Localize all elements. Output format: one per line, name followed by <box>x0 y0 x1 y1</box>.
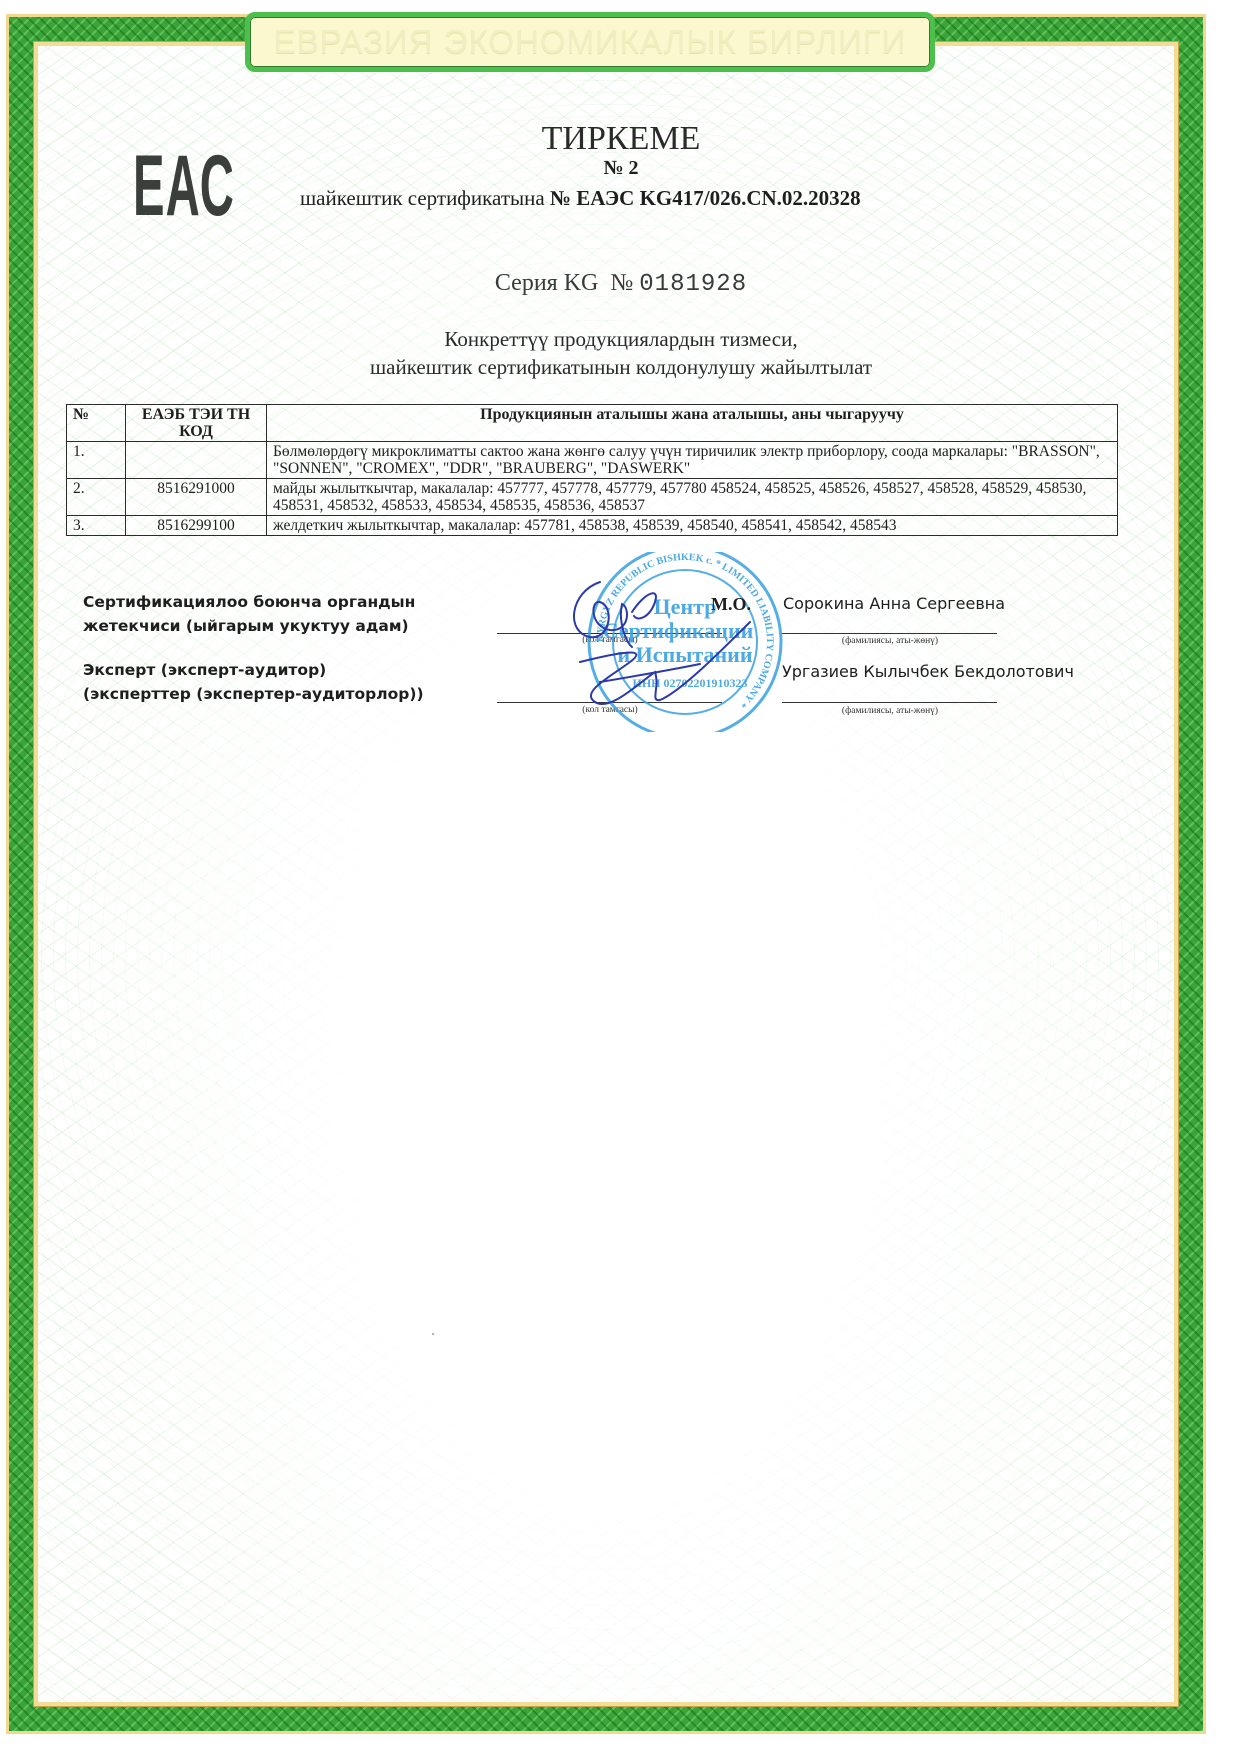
certificate-number: № ЕАЭС KG417/026.CN.02.20328 <box>550 186 861 210</box>
head-name-line <box>782 633 997 634</box>
row-code: 8516291000 <box>126 479 267 516</box>
head-label-line-2: жетекчиси (ыйгарым укуктуу адам) <box>83 614 415 638</box>
row-code <box>126 442 267 479</box>
row-name: майды жылыткычтар, макалалар: 457777, 45… <box>267 479 1118 516</box>
organization-stamp-icon: Центр Сертификации и Испытаний ИНН 02702… <box>560 552 810 732</box>
table-row: 3. 8516299100 желдеткич жылыткычтар, мак… <box>67 516 1118 536</box>
expert-label-line-2: (эксперттер (экспертер-аудиторлор)) <box>83 682 424 706</box>
table-row: 1. Бөлмөлөрдөгү микроклиматты сактоо жан… <box>67 442 1118 479</box>
row-name: Бөлмөлөрдөгү микроклиматты сактоо жана ж… <box>267 442 1118 479</box>
row-no: 3. <box>67 516 126 536</box>
header-code: ЕАЭБ ТЭИ ТН КОД <box>126 405 267 442</box>
header-banner: ЕВРАЗИЯ ЭКОНОМИКАЛЫК БИРЛИГИ <box>245 12 935 72</box>
head-of-body-label: Сертификациялоо боюнча органдын жетекчис… <box>83 590 415 638</box>
expert-name-caption: (фамилиясы, аты-жөнү) <box>810 706 970 716</box>
annex-number: № 2 <box>0 157 1242 180</box>
head-name: Сорокина Анна Сергеевна <box>783 594 1005 613</box>
subtitle-line-2: шайкештик сертификатынын колдонулушу жай… <box>0 353 1242 381</box>
header-name: Продукциянын аталышы жана аталышы, аны ч… <box>267 405 1118 442</box>
stamp-text-1: Центр <box>654 594 717 619</box>
head-name-caption: (фамилиясы, аты-жөнү) <box>810 636 970 646</box>
header-no: № <box>67 405 126 442</box>
head-label-line-1: Сертификациялоо боюнча органдын <box>83 590 415 614</box>
row-no: 2. <box>67 479 126 516</box>
series-line: Серия KG № 0181928 <box>0 270 1242 298</box>
speck <box>432 1333 434 1335</box>
table-header-row: № ЕАЭБ ТЭИ ТН КОД Продукциянын аталышы ж… <box>67 405 1118 442</box>
stamp-place-label: М.О. <box>711 594 751 615</box>
products-table: № ЕАЭБ ТЭИ ТН КОД Продукциянын аталышы ж… <box>66 404 1118 536</box>
row-code: 8516299100 <box>126 516 267 536</box>
certificate-prefix: шайкештик сертификатына <box>300 186 545 210</box>
banner-text: ЕВРАЗИЯ ЭКОНОМИКАЛЫК БИРЛИГИ <box>274 23 907 61</box>
document-title: ТИРКЕМЕ <box>0 120 1242 158</box>
stamp-text-3: и Испытаний <box>617 642 752 667</box>
series-no-sign: № <box>610 270 633 296</box>
series-label: Серия KG <box>495 270 599 296</box>
row-name: желдеткич жылыткычтар, макалалар: 457781… <box>267 516 1118 536</box>
series-number: 0181928 <box>639 271 747 298</box>
list-subtitle: Конкреттүү продукциялардын тизмеси, шайк… <box>0 325 1242 381</box>
certificate-reference: шайкештик сертификатына № ЕАЭС KG417/026… <box>300 186 861 211</box>
expert-label: Эксперт (эксперт-аудитор) (эксперттер (э… <box>83 658 424 706</box>
row-no: 1. <box>67 442 126 479</box>
expert-name-line <box>782 702 997 703</box>
subtitle-line-1: Конкреттүү продукциялардын тизмеси, <box>0 325 1242 353</box>
expert-label-line-1: Эксперт (эксперт-аудитор) <box>83 658 424 682</box>
expert-name: Ургазиев Кылычбек Бекдолотович <box>782 662 1074 681</box>
table-row: 2. 8516291000 майды жылыткычтар, макалал… <box>67 479 1118 516</box>
